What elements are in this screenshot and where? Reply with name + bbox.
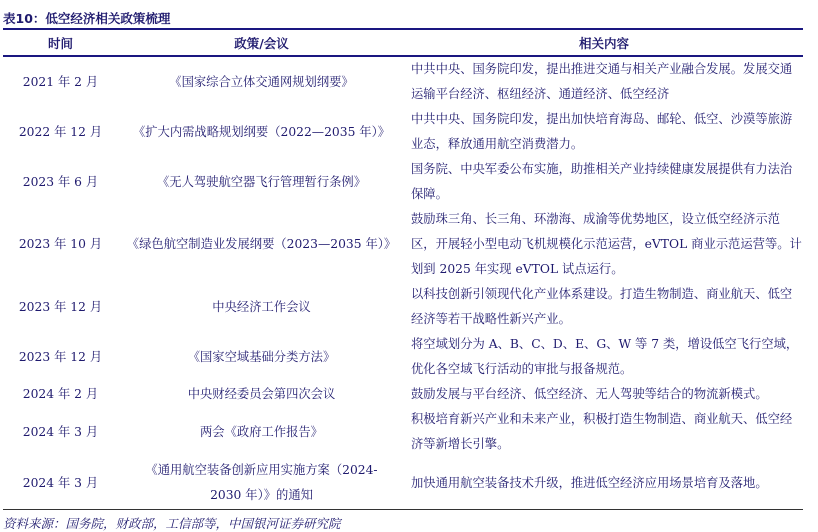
- cell-policy: 《绿色航空制造业发展纲要（2023—2035 年）》: [118, 232, 405, 257]
- cell-policy: 《国家综合立体交通网规划纲要》: [118, 70, 405, 95]
- cell-content: 加快通用航空装备技术升级，推进低空经济应用场景培育及落地。: [405, 471, 803, 496]
- cell-content: 积极培育新兴产业和未来产业，积极打造生物制造、商业航天、低空经济等新增长引擎。: [405, 407, 803, 457]
- cell-policy: 《无人驾驶航空器飞行管理暂行条例》: [118, 170, 405, 195]
- table-row: 2021 年 2 月 《国家综合立体交通网规划纲要》 中共中央、国务院印发，提出…: [3, 57, 803, 107]
- table-row: 2024 年 2 月 中央财经委员会第四次会议 鼓励发展与平台经济、低空经济、无…: [3, 382, 803, 407]
- policy-table: 时间 政策/会议 相关内容 2021 年 2 月 《国家综合立体交通网规划纲要》…: [3, 28, 803, 510]
- source-note: 资料来源：国务院，财政部，工信部等，中国银河证券研究院: [3, 514, 341, 532]
- cell-time: 2023 年 12 月: [3, 295, 118, 320]
- header-content: 相关内容: [405, 34, 803, 52]
- cell-policy: 《通用航空装备创新应用实施方案（2024-2030 年）》的通知: [118, 458, 405, 508]
- table-row: 2023 年 10 月 《绿色航空制造业发展纲要（2023—2035 年）》 鼓…: [3, 207, 803, 282]
- table-row: 2024 年 3 月 两会《政府工作报告》 积极培育新兴产业和未来产业，积极打造…: [3, 407, 803, 457]
- cell-time: 2024 年 3 月: [3, 471, 118, 496]
- cell-content: 国务院、中央军委公布实施，助推相关产业持续健康发展提供有力法治保障。: [405, 157, 803, 207]
- cell-time: 2021 年 2 月: [3, 70, 118, 95]
- cell-time: 2022 年 12 月: [3, 120, 118, 145]
- cell-time: 2023 年 6 月: [3, 170, 118, 195]
- cell-content: 鼓励发展与平台经济、低空经济、无人驾驶等结合的物流新模式。: [405, 382, 803, 407]
- table-caption: 表10：低空经济相关政策梳理: [3, 9, 170, 27]
- cell-content: 以科技创新引领现代化产业体系建设。打造生物制造、商业航天、低空经济等若干战略性新…: [405, 282, 803, 332]
- header-policy: 政策/会议: [118, 34, 405, 52]
- table-header-row: 时间 政策/会议 相关内容: [3, 30, 803, 57]
- cell-policy: 两会《政府工作报告》: [118, 420, 405, 445]
- table-row: 2024 年 3 月 《通用航空装备创新应用实施方案（2024-2030 年）》…: [3, 457, 803, 509]
- table-row: 2023 年 6 月 《无人驾驶航空器飞行管理暂行条例》 国务院、中央军委公布实…: [3, 157, 803, 207]
- table-bottom-rule: [3, 509, 803, 510]
- cell-policy: 中央经济工作会议: [118, 295, 405, 320]
- table-row: 2023 年 12 月 《国家空域基础分类方法》 将空域划分为 A、B、C、D、…: [3, 332, 803, 382]
- cell-time: 2023 年 10 月: [3, 232, 118, 257]
- cell-content: 中共中央、国务院印发，提出加快培育海岛、邮轮、低空、沙漠等旅游业态，释放通用航空…: [405, 107, 803, 157]
- cell-policy: 《扩大内需战略规划纲要（2022—2035 年）》: [118, 120, 405, 145]
- cell-content: 将空域划分为 A、B、C、D、E、G、W 等 7 类，增设低空飞行空域，优化各空…: [405, 332, 803, 382]
- cell-policy: 《国家空域基础分类方法》: [118, 345, 405, 370]
- cell-time: 2024 年 2 月: [3, 382, 118, 407]
- cell-content: 中共中央、国务院印发，提出推进交通与相关产业融合发展。发展交通运输平台经济、枢纽…: [405, 57, 803, 107]
- cell-time: 2023 年 12 月: [3, 345, 118, 370]
- cell-policy: 中央财经委员会第四次会议: [118, 382, 405, 407]
- table-row: 2023 年 12 月 中央经济工作会议 以科技创新引领现代化产业体系建设。打造…: [3, 282, 803, 332]
- table-row: 2022 年 12 月 《扩大内需战略规划纲要（2022—2035 年）》 中共…: [3, 107, 803, 157]
- header-time: 时间: [3, 34, 118, 52]
- cell-content: 鼓励珠三角、长三角、环渤海、成渝等优势地区，设立低空经济示范区，开展轻小型电动飞…: [405, 207, 803, 282]
- cell-time: 2024 年 3 月: [3, 420, 118, 445]
